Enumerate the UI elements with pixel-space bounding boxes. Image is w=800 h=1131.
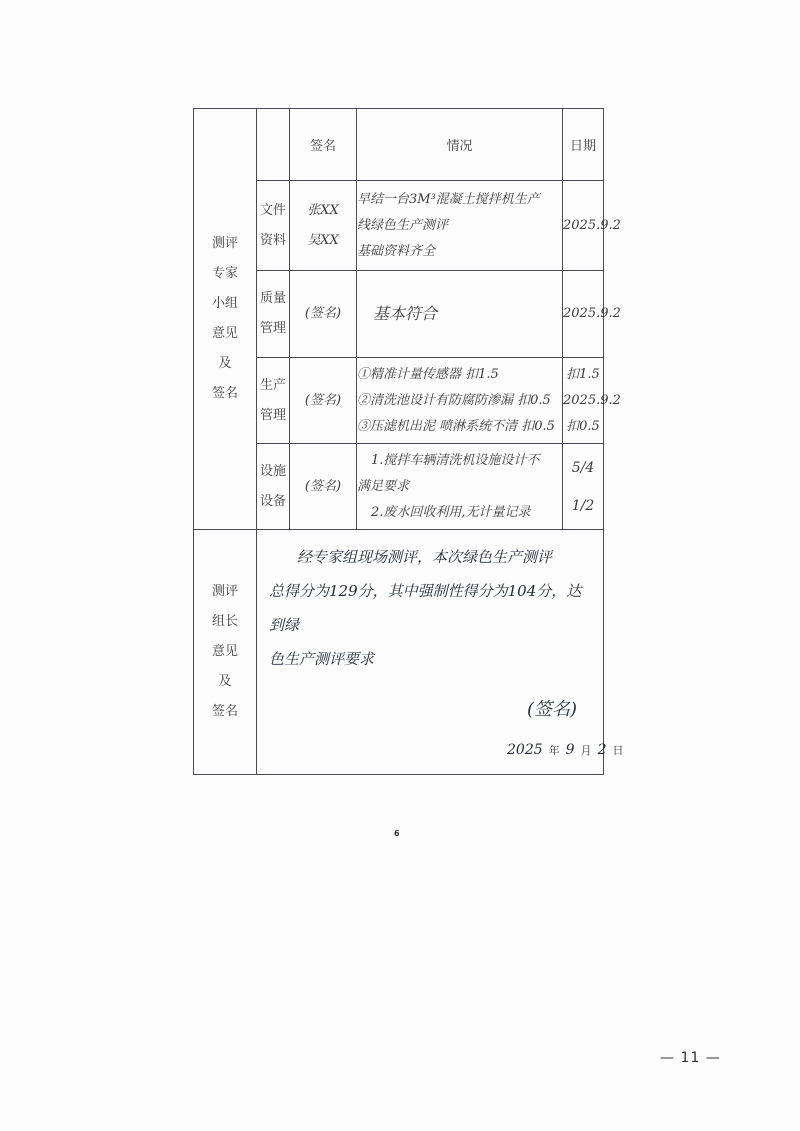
blank-header-cell [257, 109, 290, 181]
handwritten-signature: (签名) [290, 386, 356, 416]
date-line: 5/4 [563, 449, 603, 487]
expert-group-label-cell: 测评 专家 小组 意见 及 签名 [194, 109, 257, 530]
situation-line: ①精准计量传感器 扣1.5 [357, 362, 562, 388]
category-line: 质量 [257, 284, 289, 314]
leader-date: 2025年9月2日 [507, 742, 629, 758]
expert-label-line: 测评 [194, 229, 256, 259]
handwritten-signature: 张XX [290, 196, 356, 226]
situation-line: 线绿色生产测评 [357, 213, 562, 239]
situation-line: ③压滤机出泥 喷淋系统不清 扣0.5 [357, 414, 562, 440]
header-date: 日期 [563, 109, 604, 181]
date-cell: 2025.9.2 [563, 271, 604, 358]
category-line: 资料 [257, 226, 289, 256]
situation-cell: 基本符合 [357, 271, 563, 358]
category-quality: 质量 管理 [257, 271, 290, 358]
situation-line: 早结一台3M³混凝土搅拌机生产 [357, 187, 562, 213]
situation-cell: ①精准计量传感器 扣1.5 ②清洗池设计有防腐防渗漏 扣0.5 ③压滤机出泥 喷… [357, 358, 563, 444]
situation-cell: 1.搅拌车辆清洗机设施设计不 满足要求 2.废水回收利用,无计量记录 [357, 444, 563, 530]
date-cell: 扣1.5 2025.9.2 扣0.5 [563, 358, 604, 444]
expert-label-line: 小组 [194, 289, 256, 319]
category-facilities: 设施 设备 [257, 444, 290, 530]
footer-page-number: — 11 — [660, 1050, 721, 1066]
situation-line: ②清洗池设计有防腐防渗漏 扣0.5 [357, 388, 562, 414]
date-line: 2025.9.2 [563, 388, 603, 414]
header-situation: 情况 [357, 109, 563, 181]
leader-row: 测评 组长 意见 及 签名 经专家组现场测评，本次绿色生产测评 总得分为129分… [194, 530, 604, 775]
signature-cell: 张XX 吴XX [290, 181, 357, 271]
leader-label-line: 及 [194, 667, 256, 697]
opinion-line: 色生产测评要求 [269, 642, 595, 676]
situation-line: 基础资料齐全 [357, 239, 562, 265]
category-line: 管理 [257, 401, 289, 431]
date-cell: 2025.9.2 [563, 181, 604, 271]
leader-signature: (签名) [527, 695, 577, 721]
handwritten-signature: (签名) [290, 299, 356, 329]
handwritten-signature: 吴XX [290, 226, 356, 256]
expert-label-line: 签名 [194, 379, 256, 409]
date-line: 扣0.5 [563, 414, 603, 440]
date-line: 2025.9.2 [563, 213, 603, 239]
date-line: 1/2 [563, 487, 603, 525]
situation-line: 1.搅拌车辆清洗机设施设计不 [357, 448, 562, 474]
table-header-row: 测评 专家 小组 意见 及 签名 签名 情况 日期 [194, 109, 604, 181]
signature-cell: (签名) [290, 444, 357, 530]
date-line: 2025.9.2 [563, 301, 603, 327]
situation-line: 基本符合 [357, 301, 562, 327]
category-line: 管理 [257, 314, 289, 344]
leader-opinion-cell: 经专家组现场测评，本次绿色生产测评 总得分为129分，其中强制性得分为104分，… [257, 530, 604, 775]
date-year: 2025 [507, 742, 543, 758]
signature-cell: (签名) [290, 358, 357, 444]
header-signature: 签名 [290, 109, 357, 181]
situation-line: 满足要求 [357, 474, 562, 500]
category-line: 生产 [257, 371, 289, 401]
category-line: 文件 [257, 196, 289, 226]
opinion-line: 总得分为129分，其中强制性得分为104分，达到绿 [269, 574, 595, 642]
document-page: 测评 专家 小组 意见 及 签名 签名 情况 日期 文件 资料 张XX 吴XX … [0, 0, 800, 1131]
date-day: 2 [598, 742, 607, 758]
inner-page-number: 6 [394, 829, 400, 838]
leader-label-line: 意见 [194, 637, 256, 667]
category-production: 生产 管理 [257, 358, 290, 444]
leader-label-cell: 测评 组长 意见 及 签名 [194, 530, 257, 775]
category-documents: 文件 资料 [257, 181, 290, 271]
date-cell: 5/4 1/2 [563, 444, 604, 530]
month-unit: 月 [581, 744, 592, 757]
leader-opinion-text: 经专家组现场测评，本次绿色生产测评 总得分为129分，其中强制性得分为104分，… [257, 530, 603, 676]
expert-label-line: 及 [194, 349, 256, 379]
category-line: 设施 [257, 457, 289, 487]
situation-cell: 早结一台3M³混凝土搅拌机生产 线绿色生产测评 基础资料齐全 [357, 181, 563, 271]
evaluation-opinion-table: 测评 专家 小组 意见 及 签名 签名 情况 日期 文件 资料 张XX 吴XX … [193, 108, 604, 775]
leader-label-line: 组长 [194, 607, 256, 637]
expert-label-line: 专家 [194, 259, 256, 289]
signature-cell: (签名) [290, 271, 357, 358]
situation-line: 2.废水回收利用,无计量记录 [357, 500, 562, 526]
expert-label-line: 意见 [194, 319, 256, 349]
handwritten-signature: (签名) [290, 472, 356, 502]
day-unit: 日 [612, 744, 623, 757]
date-month: 9 [566, 742, 575, 758]
year-unit: 年 [549, 744, 560, 757]
category-line: 设备 [257, 487, 289, 517]
date-line: 扣1.5 [563, 362, 603, 388]
leader-label-line: 测评 [194, 577, 256, 607]
leader-label-line: 签名 [194, 697, 256, 727]
opinion-line: 经专家组现场测评，本次绿色生产测评 [269, 540, 595, 574]
